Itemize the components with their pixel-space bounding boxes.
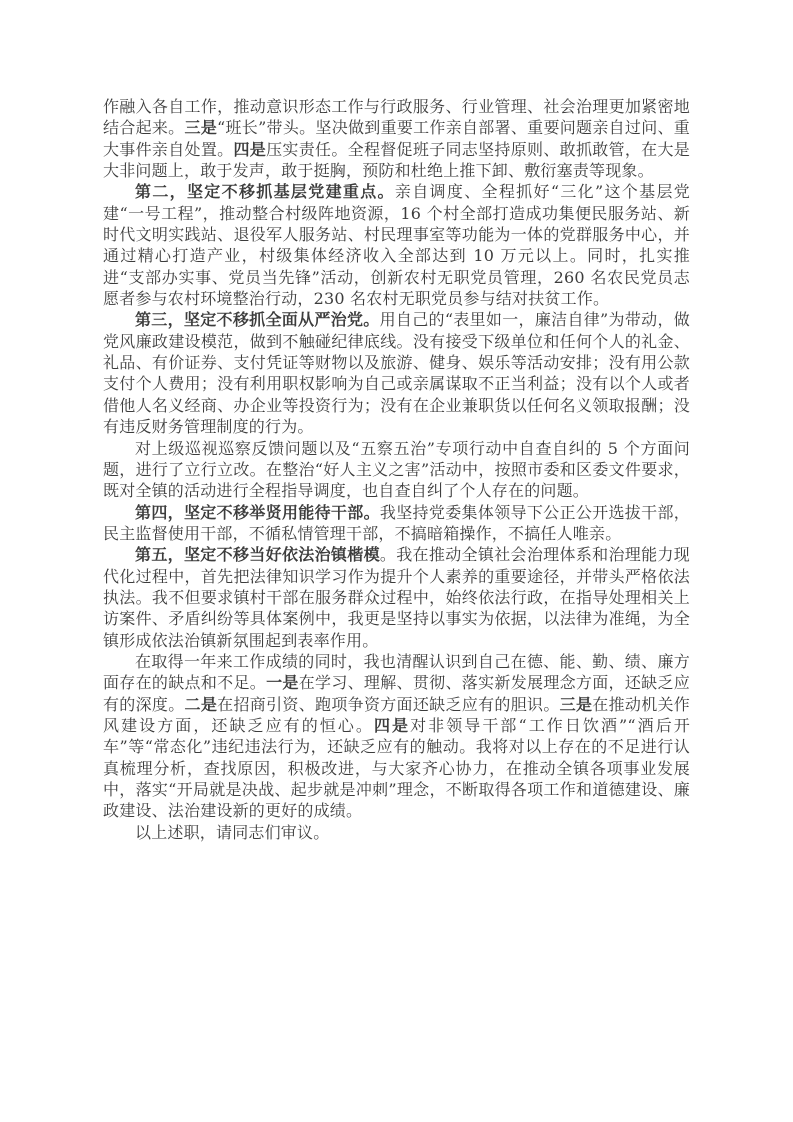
paragraph: 以上述职，请同志们审议。 — [103, 822, 690, 843]
section-heading-run: 第二，坚定不移抓基层党建重点。 — [135, 182, 395, 201]
paragraph: 第三，坚定不移抓全面从严治党。用自己的“表里如一，廉洁自律”为带动，做党风廉政建… — [103, 309, 690, 437]
bold-run: 二是 — [185, 695, 218, 714]
document-page: 作融入各自工作，推动意识形态工作与行政服务、行业管理、社会治理更加紧密地结合起来… — [0, 0, 793, 1122]
section-heading-run: 第四，坚定不移举贤用能待干部。 — [135, 503, 380, 522]
bold-run: 三是 — [560, 695, 593, 714]
bold-run: 三是 — [184, 118, 217, 137]
section-heading-run: 第三，坚定不移抓全面从严治党。 — [135, 310, 380, 329]
text-run: 对上级巡视巡察反馈问题以及“五察五治”专项行动中自查自纠的 5 个方面问题，进行… — [103, 439, 690, 501]
paragraph: 对上级巡视巡察反馈问题以及“五察五治”专项行动中自查自纠的 5 个方面问题，进行… — [103, 438, 690, 502]
paragraph: 在取得一年来工作成绩的同时，我也清醒认识到自己在德、能、勤、绩、廉方面存在的缺点… — [103, 651, 690, 822]
paragraph: 第四，坚定不移举贤用能待干部。我坚持党委集体领导下公正公开选拔干部，民主监督使用… — [103, 502, 690, 545]
paragraph: 作融入各自工作，推动意识形态工作与行政服务、行业管理、社会治理更加紧密地结合起来… — [103, 96, 690, 181]
bold-run: 四是 — [374, 716, 410, 735]
section-heading-run: 第五，坚定不移当好依法治镇楷模 — [135, 545, 380, 564]
text-run: 在招商引资、跑项争资方面还缺乏应有的胆识。 — [217, 695, 559, 714]
bold-run: 四是 — [233, 140, 266, 159]
paragraph: 第二，坚定不移抓基层党建重点。亲自调度、全程抓好“三化”这个基层党建“一号工程”… — [103, 181, 690, 309]
bold-run: 一是 — [266, 673, 299, 692]
paragraph: 第五，坚定不移当好依法治镇楷模。我在推动全镇社会治理体系和治理能力现代化过程中，… — [103, 544, 690, 651]
closing-line-run: 以上述职，请同志们审议。 — [135, 823, 329, 842]
